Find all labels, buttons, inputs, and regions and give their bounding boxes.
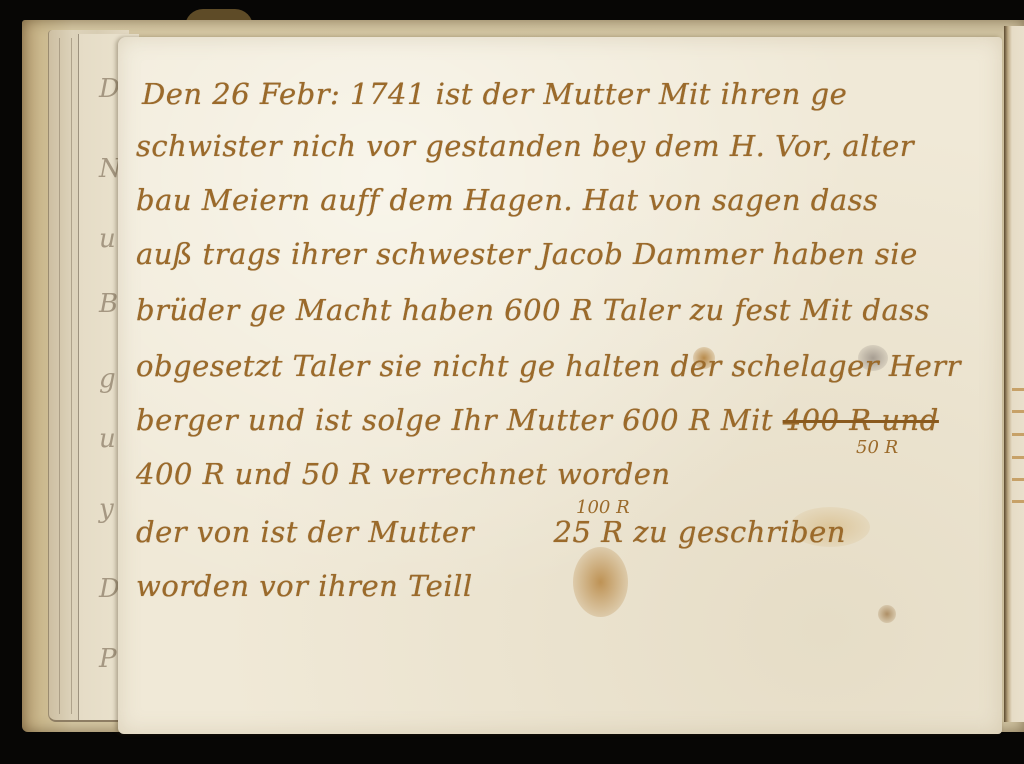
manuscript-line-7: berger und ist solge Ihr Mutter 600 R Mi…	[136, 403, 939, 437]
manuscript-page: Den 26 Febr: 1741 ist der Mutter Mit ihr…	[118, 37, 1002, 734]
superscript-amount: 100 R	[576, 497, 630, 518]
ink-blot	[573, 547, 628, 617]
ink-drop	[878, 605, 896, 623]
ghost-glyph: u	[99, 224, 116, 254]
correction-amount: 50 R	[856, 437, 898, 458]
facing-page-mark	[1012, 456, 1024, 459]
ghost-glyph: B	[99, 289, 118, 319]
manuscript-line-3: bau Meiern auff dem Hagen. Hat von sagen…	[136, 183, 878, 217]
facing-page-mark	[1012, 478, 1024, 481]
manuscript-line-6: obgesetzt Taler sie nicht ge halten der …	[136, 349, 961, 383]
ghost-glyph: D	[99, 574, 120, 604]
manuscript-line-5: brüder ge Macht haben 600 R Taler zu fes…	[136, 293, 930, 327]
ghost-glyph: g	[99, 364, 116, 394]
facing-page-mark	[1012, 410, 1024, 413]
ghost-glyph: D	[99, 74, 120, 104]
manuscript-line-9: der von ist der Mutter 25 R zu geschribe…	[136, 515, 846, 549]
facing-page-edge	[1004, 26, 1024, 722]
line-9-tail: 25 R zu geschriben	[554, 515, 846, 549]
page-edge-line	[71, 38, 72, 714]
struck-through-text: 400 R und	[783, 403, 939, 437]
facing-page-mark	[1012, 433, 1024, 436]
ghost-glyph: y	[99, 494, 114, 524]
manuscript-line-1: Den 26 Febr: 1741 ist der Mutter Mit ihr…	[142, 77, 847, 111]
manuscript-line-4: auß trags ihrer schwester Jacob Dammer h…	[136, 237, 918, 271]
ghost-glyph: P	[99, 644, 117, 674]
facing-page-mark	[1012, 388, 1024, 391]
manuscript-line-8: 400 R und 50 R verrechnet worden	[136, 457, 671, 491]
line-7-text: berger und ist solge Ihr Mutter 600 R Mi…	[136, 403, 773, 437]
manuscript-line-2: schwister nich vor gestanden bey dem H. …	[136, 129, 914, 163]
page-edge-line	[59, 38, 60, 714]
manuscript-line-10: worden vor ihren Teill	[136, 569, 473, 603]
line-9-text: der von ist der Mutter	[136, 515, 474, 549]
ghost-glyph: u	[99, 424, 116, 454]
facing-page-mark	[1012, 500, 1024, 503]
manuscript-photo: D N u B g u y D P Den 26 Febr: 1741 ist …	[0, 0, 1024, 764]
